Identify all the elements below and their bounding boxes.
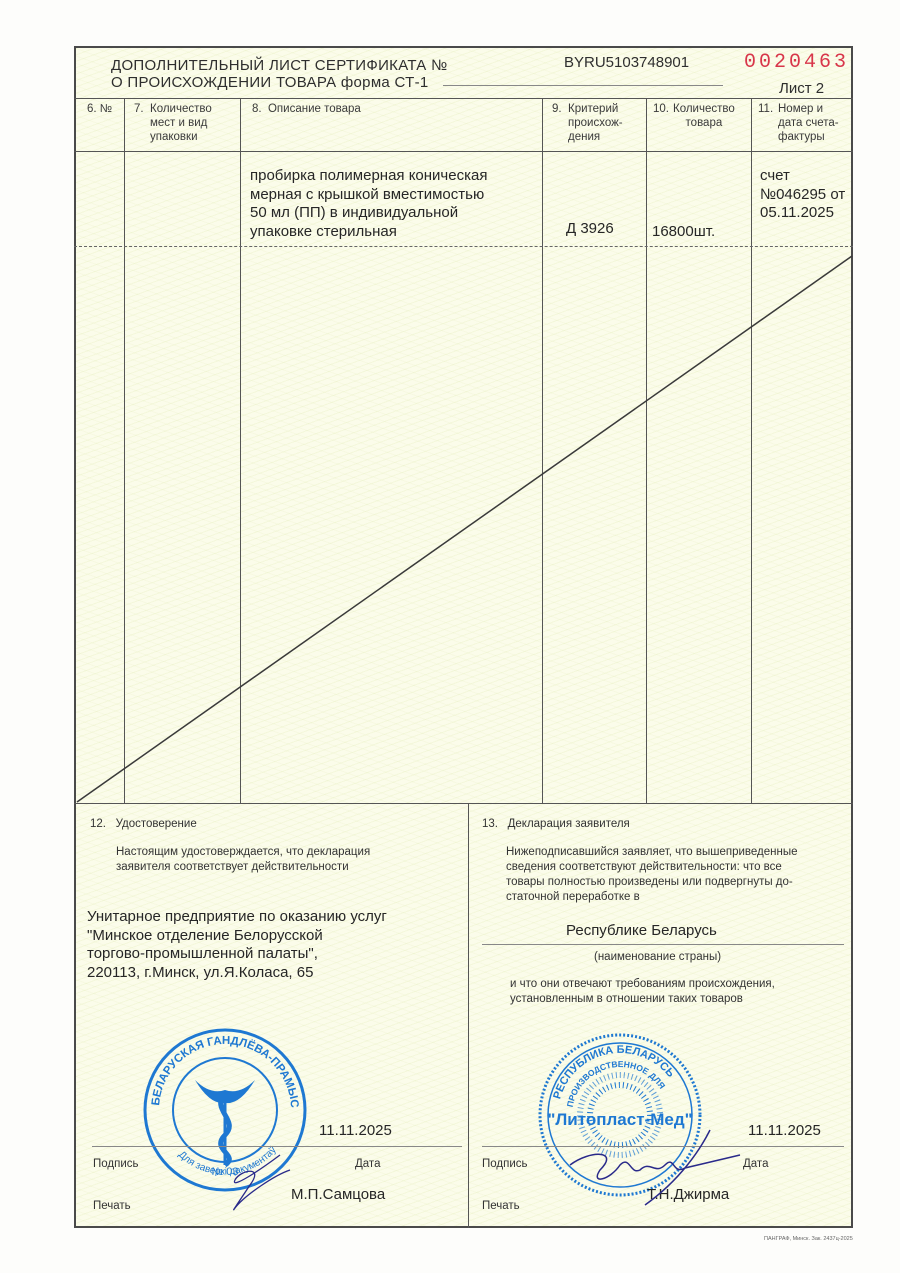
country-caption: (наименование страны) [594,950,721,965]
certification-date-label: Дата [355,1158,380,1170]
declaration-seal-label: Печать [482,1200,520,1212]
certification-text: Настоящим удостоверждается, что декларац… [116,845,370,875]
declaration-country: Республике Беларусь [566,922,717,941]
certification-signatory: М.П.Самцова [291,1186,385,1203]
certification-signature-label: Подпись [93,1158,139,1170]
declaration-date: 11.11.2025 [748,1122,821,1139]
sections-middle-divider [468,803,469,1228]
blank-area-diagonal [0,0,900,1273]
certification-signature [220,1150,300,1215]
country-underline [482,944,844,945]
printer-imprint: ПАНГРАФ, Минск. Зак. 2437ц-2025 [764,1236,853,1242]
certifying-organization: Унитарное предприятие по оказанию услуг … [87,908,387,982]
certification-date: 11.11.2025 [319,1122,392,1139]
declaration-text: Нижеподписавшийся заявляет, что вышеприв… [506,845,797,905]
certification-signature-line [92,1146,462,1147]
declaration-signature [560,1130,750,1210]
certification-heading: 12. Удостоверение [90,818,197,830]
declaration-signature-label: Подпись [482,1158,528,1170]
declaration-heading: 13. Декларация заявителя [482,818,630,830]
declaration-closing-text: и что они отвечают требованиям происхожд… [510,977,775,1007]
svg-text:"Литопласт-Мед": "Литопласт-Мед" [547,1110,692,1129]
certification-seal-label: Печать [93,1200,131,1212]
sections-divider [74,803,853,804]
